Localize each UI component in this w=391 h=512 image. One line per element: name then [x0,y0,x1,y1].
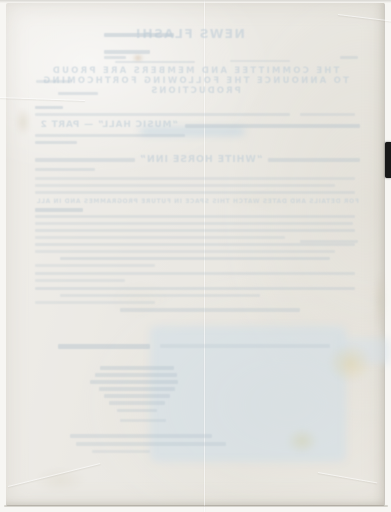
ghost-line [92,450,150,453]
ghost-line [35,141,77,144]
ghost-line [35,301,155,304]
ghost-line [35,229,355,232]
announcement-show-through-line-1: THE COMMITTEE AND MEMBERS ARE PROUD [35,66,355,76]
announcement-show-through-line-3: PRODUCTIONS [35,86,355,96]
scan-edge-black-bar [385,142,391,178]
ghost-line [35,208,83,212]
paper-stain [35,468,85,492]
ghost-line [58,344,150,349]
ghost-line [70,434,212,438]
scanned-page: NEWS FLASH! THE COMMITTEE AND MEMBERS AR… [0,0,391,512]
ghost-line [60,257,330,260]
ghost-line [340,56,358,59]
ghost-line [300,113,355,116]
ghost-line [35,184,335,187]
ghost-line [35,168,95,171]
scan-bottom-edge-shadow [4,505,388,507]
ghost-line [117,409,157,412]
ghost-line [109,401,165,405]
ghost-line [100,366,174,370]
paper-stain [374,270,386,330]
ghost-line [35,191,355,194]
ghost-line [120,419,166,422]
ghost-line [230,60,290,62]
ghost-line [35,106,63,109]
ghost-line [35,272,355,275]
ghost-line [35,287,355,290]
paper-stain [15,108,31,136]
music-hall-show-through-heading: “MUSIC HALL” — PART 2 [33,120,185,130]
ghost-line [104,50,150,54]
ghost-line [35,177,355,180]
ghost-line [35,264,155,267]
ghost-line [268,158,360,162]
ghost-line [35,279,125,282]
ghost-line [104,394,170,398]
paper-stain [133,56,143,60]
ghost-line [99,387,175,391]
paper-stain [328,343,372,383]
ghost-line [35,134,185,137]
ghost-line [35,250,335,253]
ghost-line [120,308,300,312]
scan-top-edge-shadow [0,0,391,3]
details-show-through-line: FOR DETAILS AND DATES WATCH THIS SPACE I… [35,198,360,205]
paper-stain [286,428,318,454]
ghost-line [185,124,360,128]
ghost-line [95,373,177,377]
white-horse-inn-show-through-heading: “WHITE HORSE INN” [138,154,264,165]
news-flash-show-through-title: NEWS FLASH! [122,26,257,41]
ghost-line [90,380,178,384]
ghost-line [76,442,226,446]
ghost-line [35,236,285,239]
ghost-line [104,56,126,59]
ghost-line [35,243,355,246]
ghost-line [35,113,290,116]
ghost-line [35,215,355,218]
ghost-line [60,294,260,297]
announcement-show-through-line-2: TO ANNOUNCE THE FOLLOWING FORTHCOMING [35,76,355,86]
ghost-line [115,61,195,63]
ghost-line [160,344,330,348]
ghost-line [35,222,353,225]
ghost-line [35,158,135,162]
